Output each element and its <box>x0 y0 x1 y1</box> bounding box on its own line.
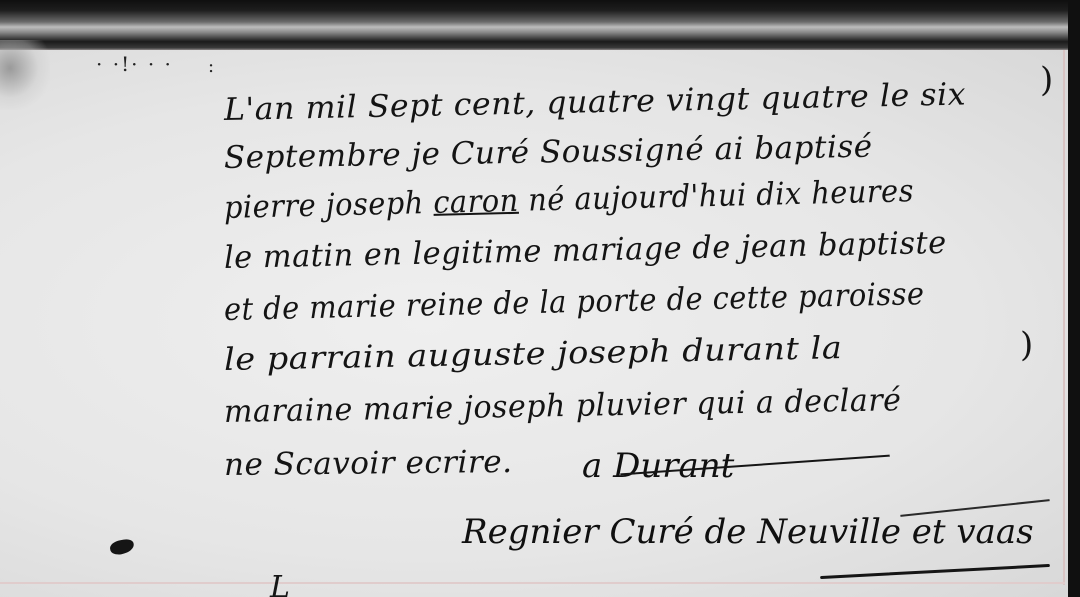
binding-shadow-top <box>0 0 1080 52</box>
folio-mark-secondary: : <box>208 56 214 77</box>
line-end-flourish: ) <box>1020 325 1033 365</box>
margin-rule-right <box>1063 50 1065 585</box>
scan-edge-right <box>1068 0 1080 597</box>
margin-rule-bottom <box>0 582 1065 584</box>
entry-line-8: ne Scavoir ecrire. <box>224 444 513 483</box>
next-entry-initial: L <box>270 570 290 597</box>
signature-priest: Regnier Curé de Neuville et vaas <box>462 512 1034 552</box>
scanned-register-page: · ·!· · · : L'an mil Sept cent, quatre v… <box>0 0 1080 597</box>
line-end-flourish: ) <box>1040 60 1053 100</box>
folio-mark: · ·!· · · <box>96 52 173 76</box>
underlined-surname: caron <box>433 183 519 221</box>
paper-stain <box>0 40 50 110</box>
